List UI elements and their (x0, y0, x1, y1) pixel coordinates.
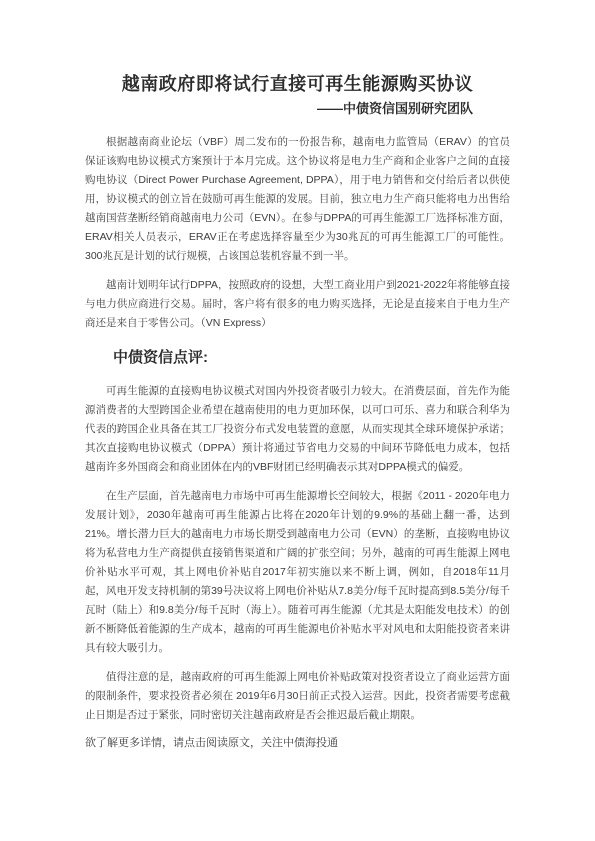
document-page: 越南政府即将试行直接可再生能源购买协议 ——中债资信国别研究团队 根据越南商业论… (0, 0, 595, 841)
article-title: 越南政府即将试行直接可再生能源购买协议 (85, 72, 510, 97)
article-byline: ——中债资信国别研究团队 (85, 100, 473, 118)
intro-paragraph-2: 越南计划明年试行DPPA，按照政府的设想，大型工商业用户到2021-2022年将… (85, 276, 510, 333)
article-body: 根据越南商业论坛（VBF）周二发布的一份报告称，越南电力监管局（ERAV）的官员… (85, 133, 510, 751)
commentary-paragraph-2: 在生产层面，首先越南电力市场中可再生能源增长空间较大，根据《2011 - 202… (85, 487, 510, 658)
commentary-paragraph-3: 值得注意的是，越南政府的可再生能源上网电价补贴政策对投资者设立了商业运营方面的限… (85, 668, 510, 725)
commentary-paragraph-1: 可再生能源的直接购电协议模式对国内外投资者吸引力较大。在消费层面，首先作为能源消… (85, 382, 510, 477)
footer-note: 欲了解更多详情，请点击阅读原文，关注中债海投通 (85, 735, 510, 751)
intro-paragraph-1: 根据越南商业论坛（VBF）周二发布的一份报告称，越南电力监管局（ERAV）的官员… (85, 133, 510, 266)
commentary-section-header: 中债资信点评: (113, 348, 510, 368)
